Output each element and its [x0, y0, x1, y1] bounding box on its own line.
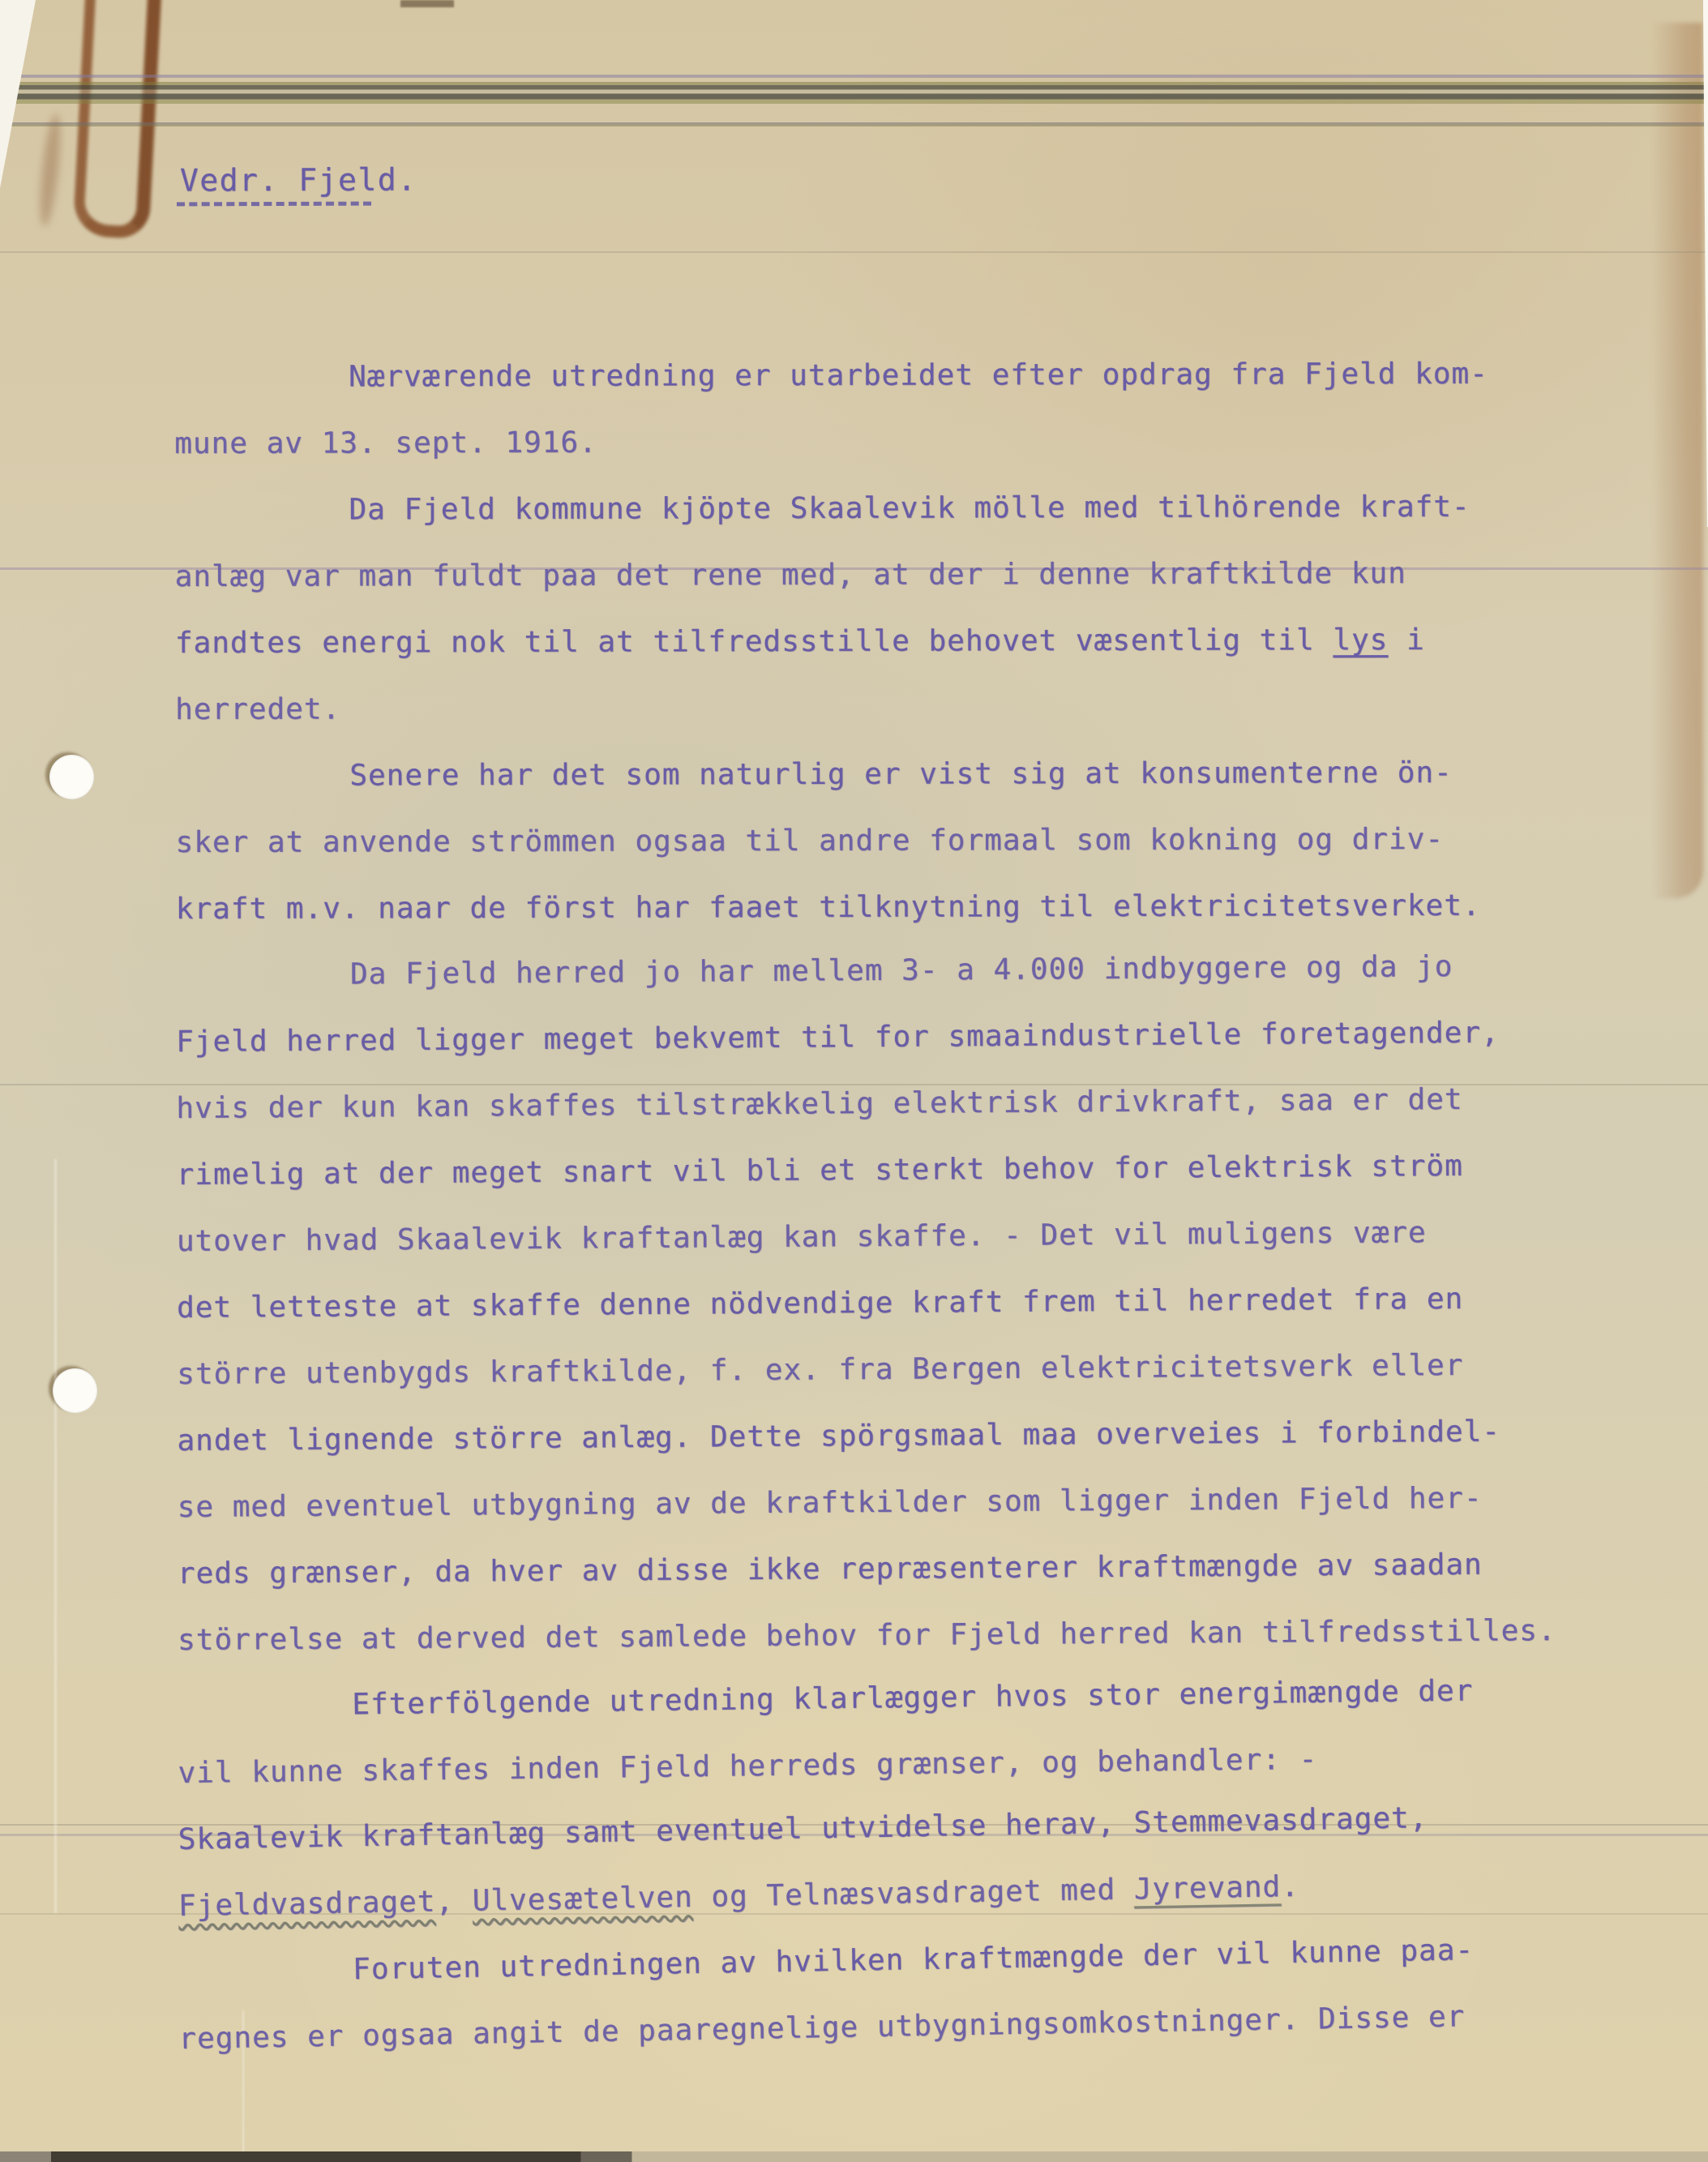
- typed-underlined-word: lys: [1333, 623, 1388, 657]
- paperclip-rust-stain: [73, 0, 163, 239]
- scan-line: [0, 75, 1708, 78]
- text-line: det letteste at skaffe denne nödvendige …: [177, 1265, 1629, 1342]
- text-segment: .: [1281, 1870, 1299, 1903]
- punch-hole: [49, 755, 94, 799]
- text-segment: sker at anvende strömmen ogsaa til andre…: [176, 823, 1445, 859]
- text-segment: anlæg var man fuldt paa det rene med, at…: [175, 557, 1406, 593]
- text-segment: utover hvad Skaalevik kraftanlæg kan ska…: [177, 1216, 1427, 1258]
- text-segment: Senere har det som naturlig er vist sig …: [349, 756, 1453, 793]
- punch-hole: [53, 1368, 97, 1413]
- text-segment: fandtes energi nok til at tilfredsstille…: [175, 623, 1333, 660]
- torn-corner: [0, 0, 36, 188]
- text-segment: Foruten utredningen av hvilken kraftmæng…: [353, 1933, 1475, 1986]
- right-edge-discoloration: [1651, 23, 1703, 898]
- text-line: Nærværende utredning er utarbeidet efter…: [174, 340, 1625, 411]
- text-line: anlæg var man fuldt paa det rene med, at…: [175, 540, 1626, 610]
- edge-mark: [400, 0, 454, 7]
- scanned-document-page: Vedr. Fjeld. Nærværende utredning er uta…: [0, 0, 1708, 2162]
- text-segment: Nærværende utredning er utarbeidet efter…: [349, 357, 1488, 394]
- text-segment: i: [1388, 623, 1424, 657]
- text-segment: se med eventuel utbygning av de kraftkil…: [178, 1482, 1483, 1524]
- text-segment: reds grænser, da hver av disse ikke repr…: [178, 1548, 1483, 1590]
- text-segment: andet lignende större anlæg. Dette spörg…: [177, 1415, 1500, 1458]
- text-segment: större utenbygds kraftkilde, f. ex. fra …: [177, 1349, 1463, 1391]
- scan-line-band: [0, 82, 1708, 104]
- text-line: se med eventuel utbygning av de kraftkil…: [177, 1464, 1629, 1540]
- text-segment: vil kunne skaffes inden Fjeld herreds gr…: [178, 1743, 1317, 1790]
- text-line: mune av 13. sept. 1916.: [174, 407, 1625, 477]
- text-segment: Efterfölgende utredning klarlægger hvos …: [352, 1674, 1474, 1721]
- page-title: Vedr. Fjeld.: [180, 161, 417, 198]
- text-line: andet lignende större anlæg. Dette spörg…: [177, 1398, 1629, 1474]
- text-segment: kraft m.v. naar de först har faaet tilkn…: [176, 889, 1481, 926]
- document-body-text: Nærværende utredning er utarbeidet efter…: [174, 340, 1630, 2073]
- text-line: hvis der kun kan skaffes tilstrækkelig e…: [176, 1066, 1628, 1142]
- text-segment: regnes er ogsaa angit de paaregnelige ut…: [178, 2000, 1466, 2056]
- text-segment: Fjeld herred ligger meget bekvemt til fo…: [176, 1017, 1500, 1059]
- text-segment: mune av 13. sept. 1916.: [174, 426, 597, 460]
- pencil-underlined-word: Fjeldvasdraget: [178, 1885, 436, 1923]
- text-segment: Da Fjeld kommune kjöpte Skaalevik mölle …: [349, 490, 1470, 527]
- text-segment: det letteste at skaffe denne nödvendige …: [177, 1282, 1463, 1325]
- text-line: fandtes energi nok til at tilfredsstille…: [175, 606, 1626, 677]
- text-line: utover hvad Skaalevik kraftanlæg kan ska…: [177, 1199, 1629, 1275]
- text-line: kraft m.v. naar de först har faaet tilkn…: [176, 872, 1627, 943]
- text-line: större utenbygds kraftkilde, f. ex. fra …: [177, 1332, 1629, 1408]
- title-underline: [177, 202, 371, 207]
- scan-background-edge: [0, 2151, 1708, 2162]
- text-line: Senere har det som naturlig er vist sig …: [175, 739, 1626, 810]
- paper-crease: [54, 1159, 57, 1913]
- text-line: Da Fjeld kommune kjöpte Skaalevik mölle …: [174, 473, 1625, 544]
- text-segment: störrelse at derved det samlede behov fo…: [178, 1614, 1556, 1657]
- pencil-underlined-word: Ulvesætelven: [472, 1881, 693, 1918]
- text-line: Fjeld herred ligger meget bekvemt til fo…: [176, 1000, 1628, 1076]
- scan-line: [0, 122, 1708, 126]
- text-segment: Da Fjeld herred jo har mellem 3- a 4.000…: [350, 950, 1453, 991]
- text-line: rimelig at der meget snart vil bli et st…: [176, 1132, 1628, 1209]
- text-line: herredet.: [175, 673, 1626, 743]
- text-line: reds grænser, da hver av disse ikke repr…: [178, 1531, 1629, 1607]
- pencil-underlined-word: Jyrevand: [1134, 1870, 1282, 1906]
- text-segment: og Telnæsvasdraget med: [692, 1873, 1134, 1913]
- text-segment: hvis der kun kan skaffes tilstrækkelig e…: [176, 1083, 1462, 1125]
- scan-line: [0, 251, 1708, 253]
- text-segment: herredet.: [175, 692, 340, 726]
- text-line: sker at anvende strömmen ogsaa til andre…: [176, 806, 1627, 876]
- rust-smudge: [36, 113, 65, 227]
- text-line: Da Fjeld herred jo har mellem 3- a 4.000…: [176, 933, 1628, 1009]
- text-segment: ,: [435, 1885, 473, 1919]
- text-segment: rimelig at der meget snart vil bli et st…: [177, 1149, 1463, 1192]
- text-segment: Skaalevik kraftanlæg samt eventuel utvid…: [178, 1801, 1428, 1856]
